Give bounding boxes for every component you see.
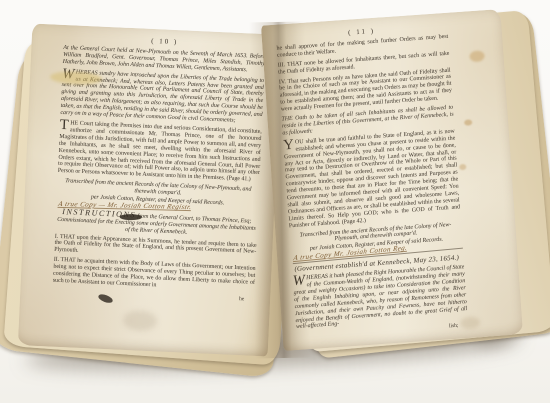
foxing-spot (459, 164, 466, 170)
foxing-spot (464, 119, 472, 126)
whereas-paragraph: WHEREAS sundry have introached upon the … (60, 69, 264, 126)
whereas-council-paragraph: WHEREAS it hath pleased the Right Honour… (292, 264, 467, 331)
right-page: ( 11 ) he shall approve of for the makin… (261, 9, 523, 351)
court-order-paragraph: THE Court taking the Premises into due a… (58, 120, 262, 184)
foxing-spot (469, 50, 485, 62)
open-book-photo: ( 10 ) At the General Court held at New-… (0, 0, 550, 403)
smudge-stain (123, 310, 158, 332)
left-page: ( 10 ) At the General Court held at New-… (18, 23, 282, 356)
ink-blot (120, 214, 142, 220)
oath-text: YOU shall be true and faithful to the St… (283, 128, 461, 230)
